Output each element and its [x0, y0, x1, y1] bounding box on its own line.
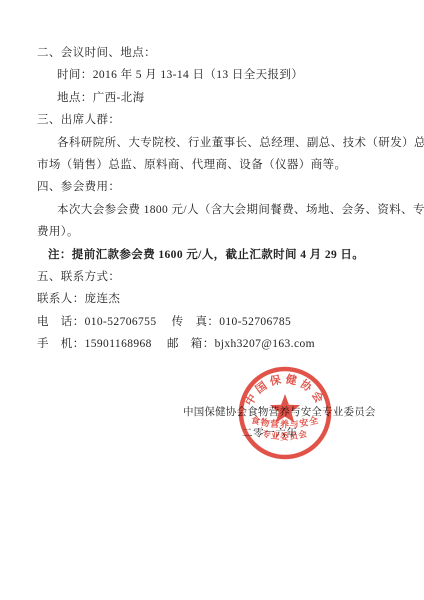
footer-year: 二零一六年: [242, 425, 298, 440]
body-line-fee-2: 费用）。: [37, 221, 396, 243]
body-line-section4-heading: 四、参会费用：: [37, 176, 396, 198]
body-line-contact-person: 联系人：庞连杰: [37, 288, 396, 310]
body-line-remittance-note: 注：提前汇款参会费 1600 元/人，截止汇款时间 4 月 29 日。: [37, 244, 396, 266]
body-line-section3-heading: 三、出席人群：: [37, 109, 396, 131]
body-line-location: 地点：广西-北海: [37, 87, 396, 109]
document-body: 二、会议时间、地点： 时间：2016 年 5 月 13-14 日（13 日全天报…: [37, 42, 396, 355]
svg-text:中国保健协会: 中国保健协会: [242, 371, 329, 408]
body-line-section5-heading: 五、联系方式：: [37, 266, 396, 288]
body-line-section2-heading: 二、会议时间、地点：: [37, 42, 396, 64]
document-page: 二、会议时间、地点： 时间：2016 年 5 月 13-14 日（13 日全天报…: [0, 0, 424, 600]
body-line-mobile-email: 手 机：15901168968 邮 箱：bjxh3207@163.com: [37, 333, 396, 355]
footer-organization-name: 中国保健协会食物营养与安全专业委员会: [183, 404, 376, 419]
body-line-attendees-1: 各科研院所、大专院校、行业董事长、总经理、副总、技术（研发）总监、: [37, 132, 396, 154]
stamp-top-arc-text: 中国保健协会: [242, 371, 329, 408]
body-line-time: 时间：2016 年 5 月 13-14 日（13 日全天报到）: [37, 64, 396, 86]
body-line-phone-fax: 电 话：010-52706755 传 真：010-52706785: [37, 311, 396, 333]
body-line-attendees-2: 市场（销售）总监、原料商、代理商、设备（仪器）商等。: [37, 154, 396, 176]
body-line-fee-1: 本次大会参会费 1800 元/人（含大会期间餐费、场地、会务、资料、专家等: [37, 199, 396, 221]
